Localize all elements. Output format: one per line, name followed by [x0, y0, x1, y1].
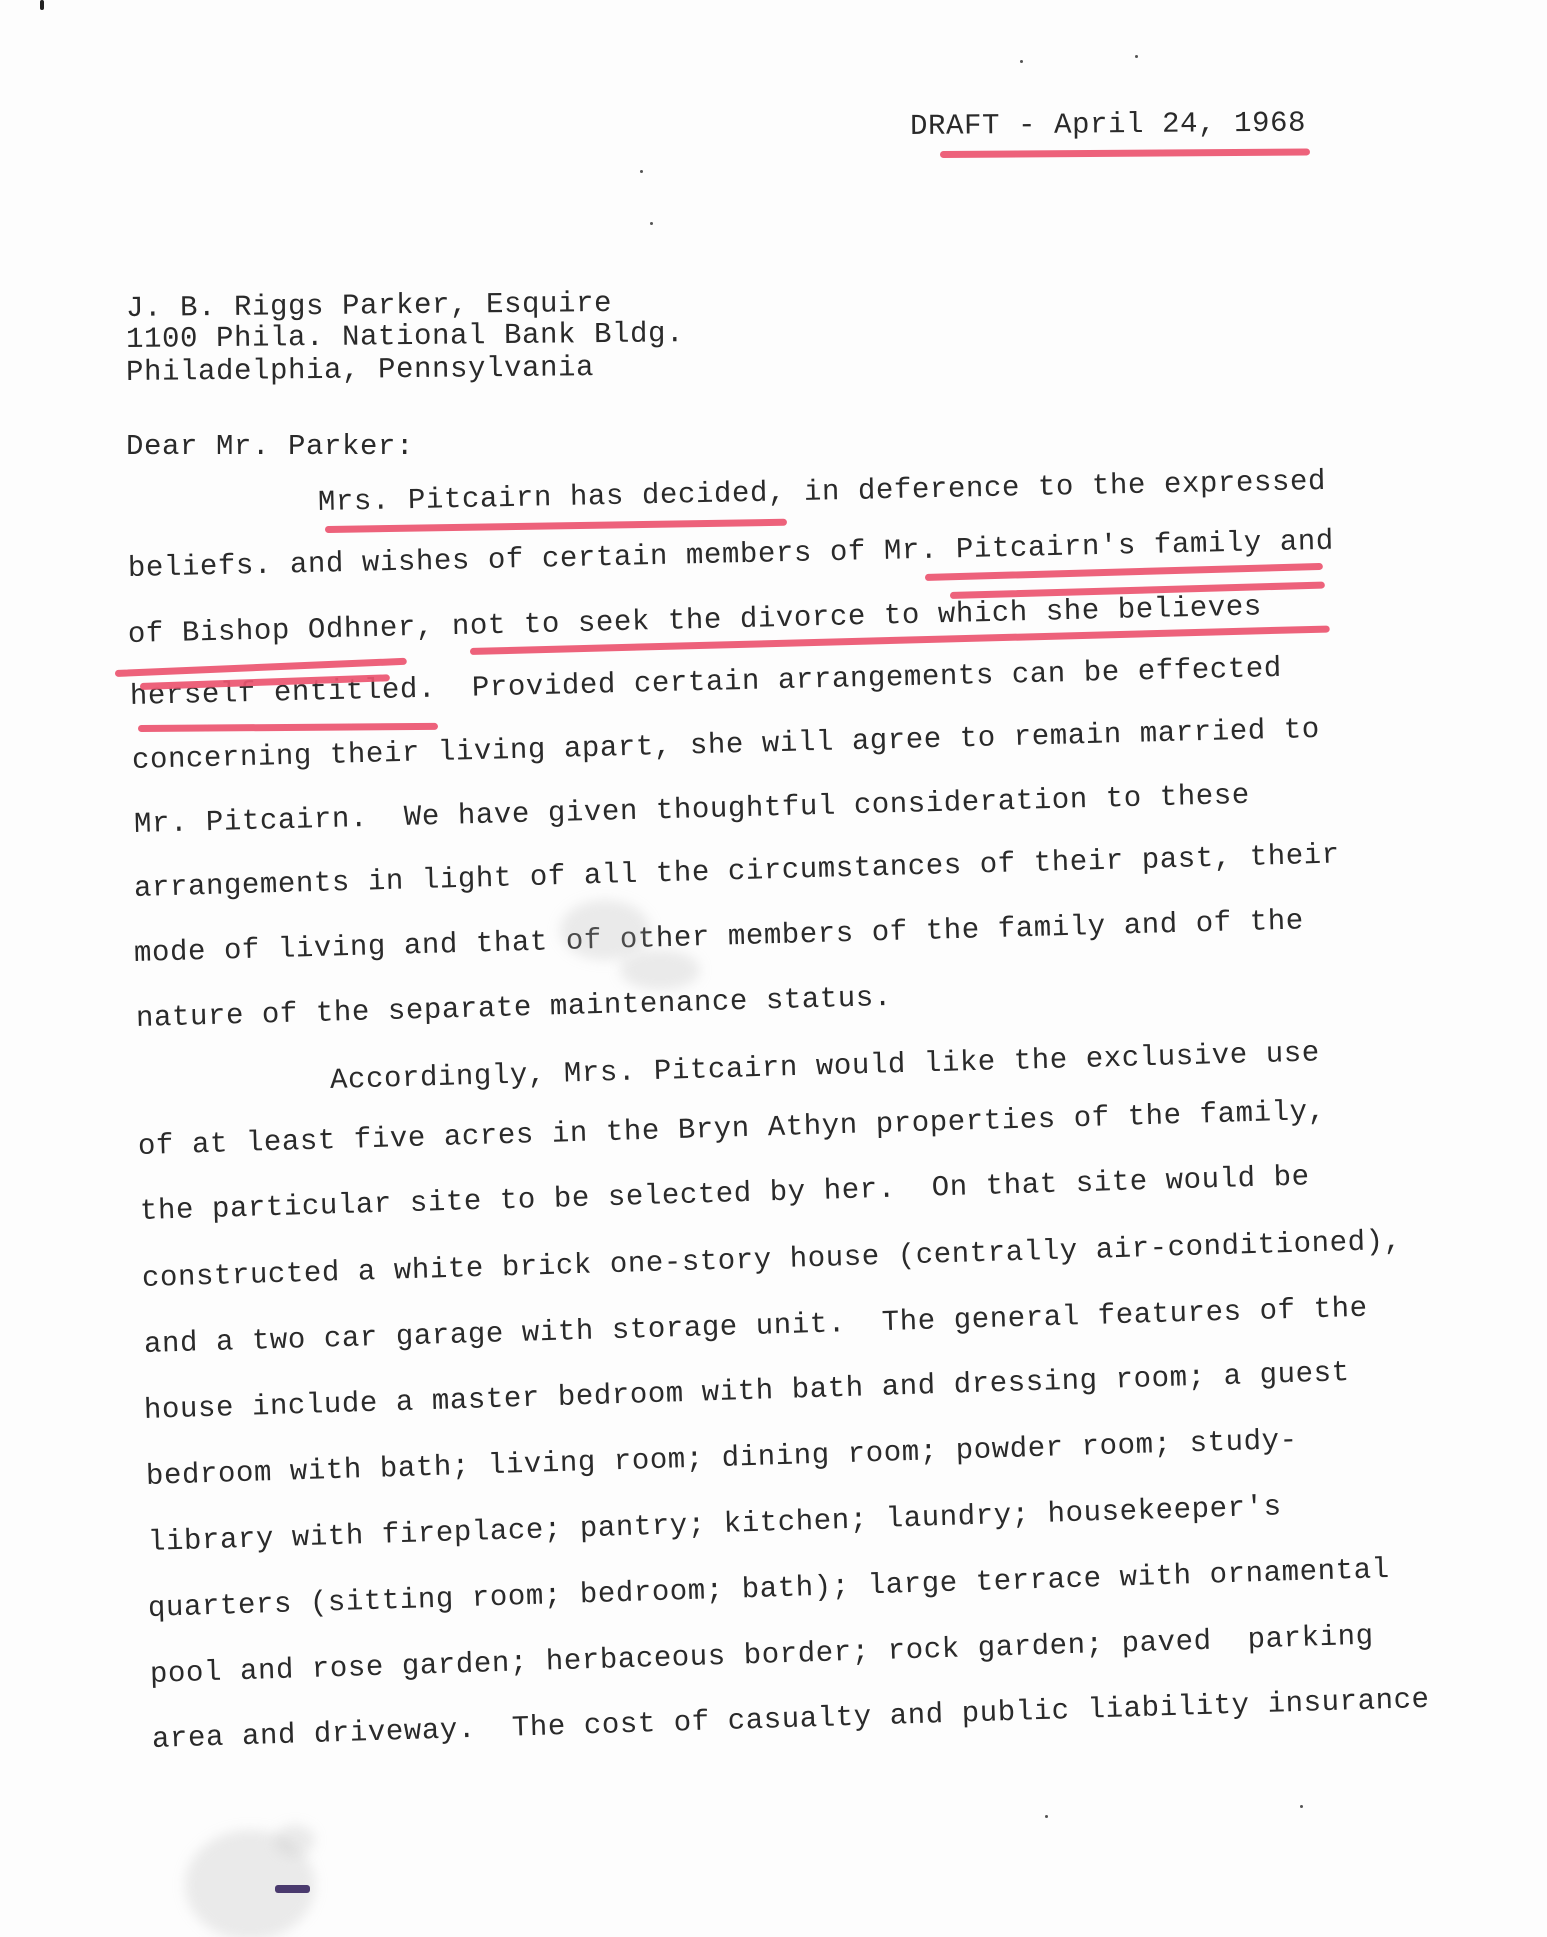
purple-ink-mark	[275, 1885, 310, 1893]
body-line: constructed a white brick one-story hous…	[142, 1225, 1403, 1295]
underline-mr-pitcairns-family-1	[925, 563, 1323, 581]
body-line: pool and rose garden; herbaceous border;…	[149, 1620, 1374, 1691]
body-line: quarters (sitting room; bedroom; bath); …	[147, 1553, 1390, 1625]
body-line: and a two car garage with storage unit. …	[144, 1292, 1369, 1361]
speck	[1135, 55, 1138, 58]
document-page: DRAFT - April 24, 1968 J. B. Riggs Parke…	[0, 0, 1547, 1937]
body-line: mode of living and that of other members…	[134, 904, 1305, 970]
body-line: library with fireplace; pantry; kitchen;…	[147, 1490, 1282, 1559]
body-line: nature of the separate maintenance statu…	[136, 981, 893, 1035]
salutation: Dear Mr. Parker:	[126, 430, 414, 463]
addressee-address-line2: Philadelphia, Pennsylvania	[126, 351, 594, 389]
body-line: of at least five acres in the Bryn Athyn…	[138, 1095, 1327, 1163]
body-line: Mr. Pitcairn. We have given thoughtful c…	[134, 779, 1251, 841]
body-line: bedroom with bath; living room; dining r…	[145, 1424, 1298, 1493]
draft-date-underline	[940, 148, 1310, 158]
body-line: the particular site to be selected by he…	[140, 1160, 1311, 1228]
body-line: house include a master bedroom with bath…	[143, 1356, 1350, 1427]
body-line: concerning their living apart, she will …	[132, 713, 1321, 777]
underline-mrs-pitcairn-decided	[325, 519, 787, 533]
stray-ink-mark	[40, 0, 44, 10]
body-line: Mrs. Pitcairn has decided, in deference …	[318, 465, 1327, 519]
underline-herself-entitled	[138, 723, 438, 732]
body-line: arrangements in light of all the circums…	[134, 838, 1341, 905]
draft-date: DRAFT - April 24, 1968	[910, 107, 1306, 143]
paper-smudge	[275, 1825, 315, 1855]
ink-smudge	[560, 900, 650, 960]
speck	[1300, 1805, 1303, 1808]
speck	[650, 222, 653, 225]
body-line: beliefs. and wishes of certain members o…	[128, 525, 1335, 585]
addressee-address-line1: 1100 Phila. National Bank Bldg.	[126, 317, 684, 356]
speck	[1020, 60, 1023, 63]
ink-smudge	[620, 950, 700, 990]
speck	[640, 170, 643, 173]
body-line: area and driveway. The cost of casualty …	[151, 1683, 1430, 1756]
speck	[1045, 1815, 1048, 1818]
body-line: Accordingly, Mrs. Pitcairn would like th…	[330, 1036, 1321, 1097]
